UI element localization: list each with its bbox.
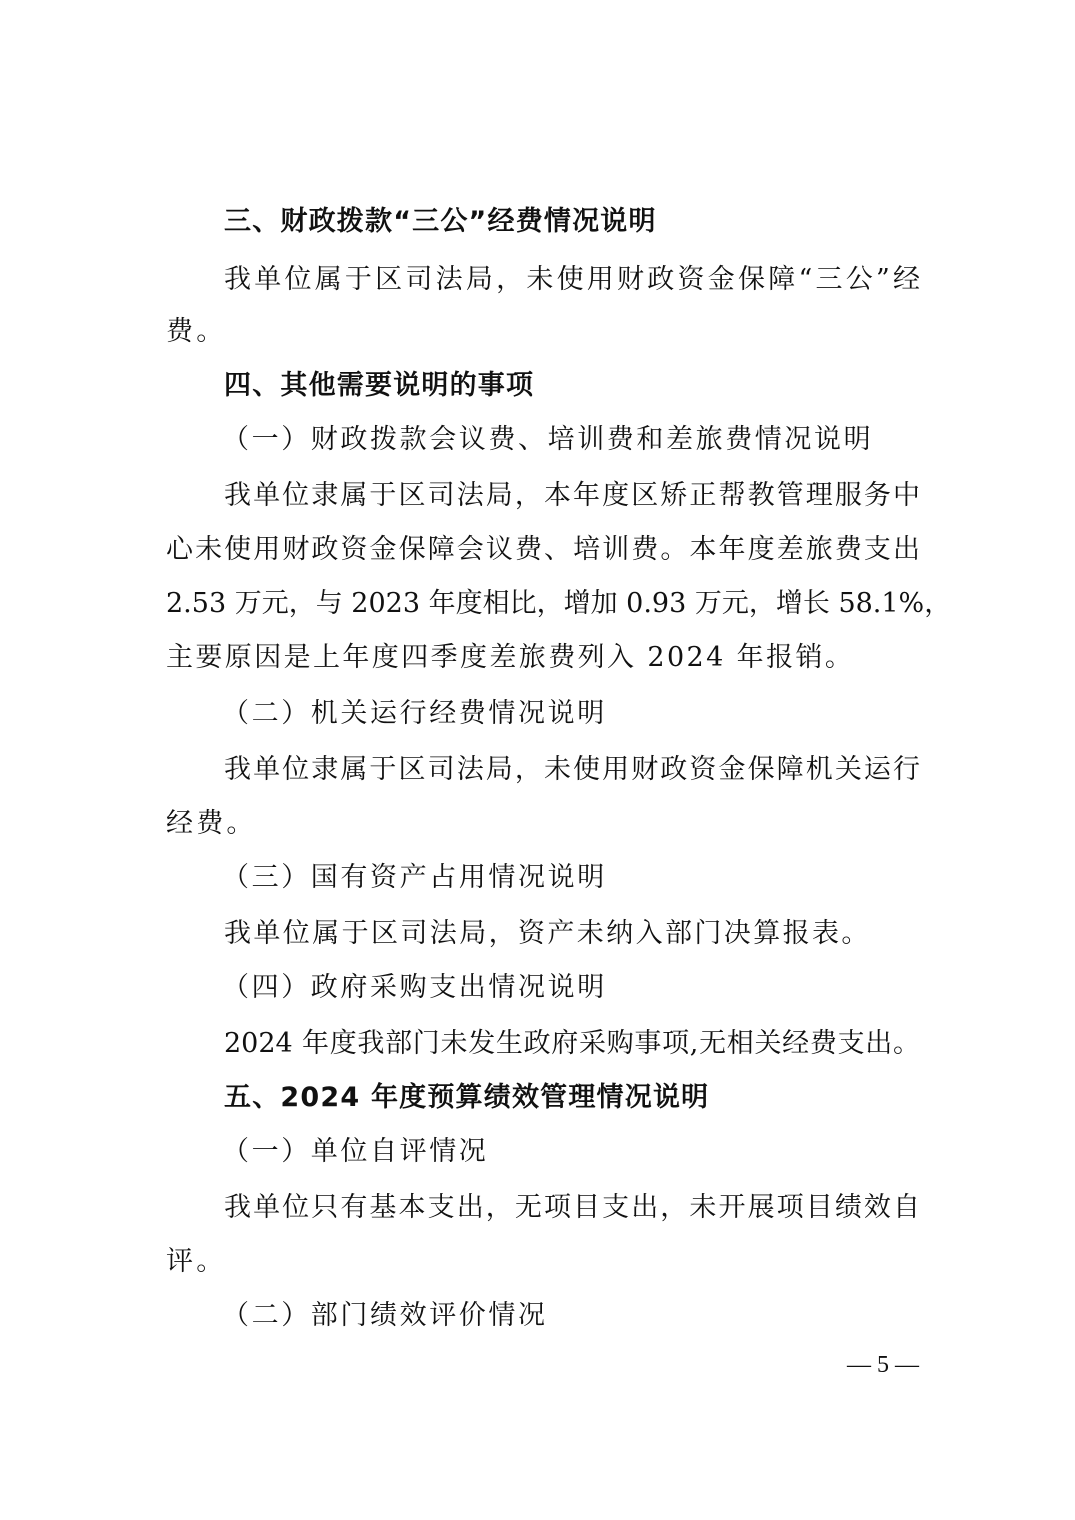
page-number: — 5 —: [838, 1348, 928, 1382]
paragraph-line: 心未使用财政资金保障会议费、培训费。本年度差旅费支出: [166, 530, 920, 570]
subsection-title: （一）财政拨款会议费、培训费和差旅费情况说明: [222, 420, 976, 460]
paragraph-line: 我单位隶属于区司法局，未使用财政资金保障机关运行: [224, 750, 920, 790]
paragraph-line: 2024 年度我部门未发生政府采购事项,无相关经费支出。: [224, 1024, 920, 1064]
document-page: 三、财政拨款“三公”经费情况说明 我单位属于区司法局，未使用财政资金保障“三公”…: [0, 0, 1075, 1520]
paragraph-line: 我单位只有基本支出，无项目支出，未开展项目绩效自: [224, 1188, 920, 1228]
section-heading-3: 三、财政拨款“三公”经费情况说明: [224, 202, 920, 242]
subsection-title: （四）政府采购支出情况说明: [222, 968, 976, 1008]
paragraph-line: 经费。: [166, 804, 920, 844]
subsection-title: （一）单位自评情况: [222, 1132, 976, 1172]
paragraph-line: 费。: [166, 312, 920, 352]
subsection-title: （三）国有资产占用情况说明: [222, 858, 976, 898]
section-heading-5: 五、2024 年度预算绩效管理情况说明: [224, 1078, 920, 1118]
section-heading-4: 四、其他需要说明的事项: [224, 366, 920, 406]
subsection-title: （二）机关运行经费情况说明: [222, 694, 976, 734]
paragraph-line: 我单位属于区司法局，资产未纳入部门决算报表。: [224, 914, 920, 954]
paragraph-line: 2.53 万元，与 2023 年度相比，增加 0.93 万元，增长 58.1%，: [166, 584, 920, 624]
paragraph-line: 主要原因是上年度四季度差旅费列入 2024 年报销。: [166, 638, 920, 678]
paragraph-line: 我单位隶属于区司法局，本年度区矫正帮教管理服务中: [224, 476, 920, 516]
paragraph-line: 我单位属于区司法局，未使用财政资金保障“三公”经: [224, 260, 920, 300]
paragraph-line: 评。: [166, 1242, 920, 1282]
subsection-title: （二）部门绩效评价情况: [222, 1296, 976, 1336]
